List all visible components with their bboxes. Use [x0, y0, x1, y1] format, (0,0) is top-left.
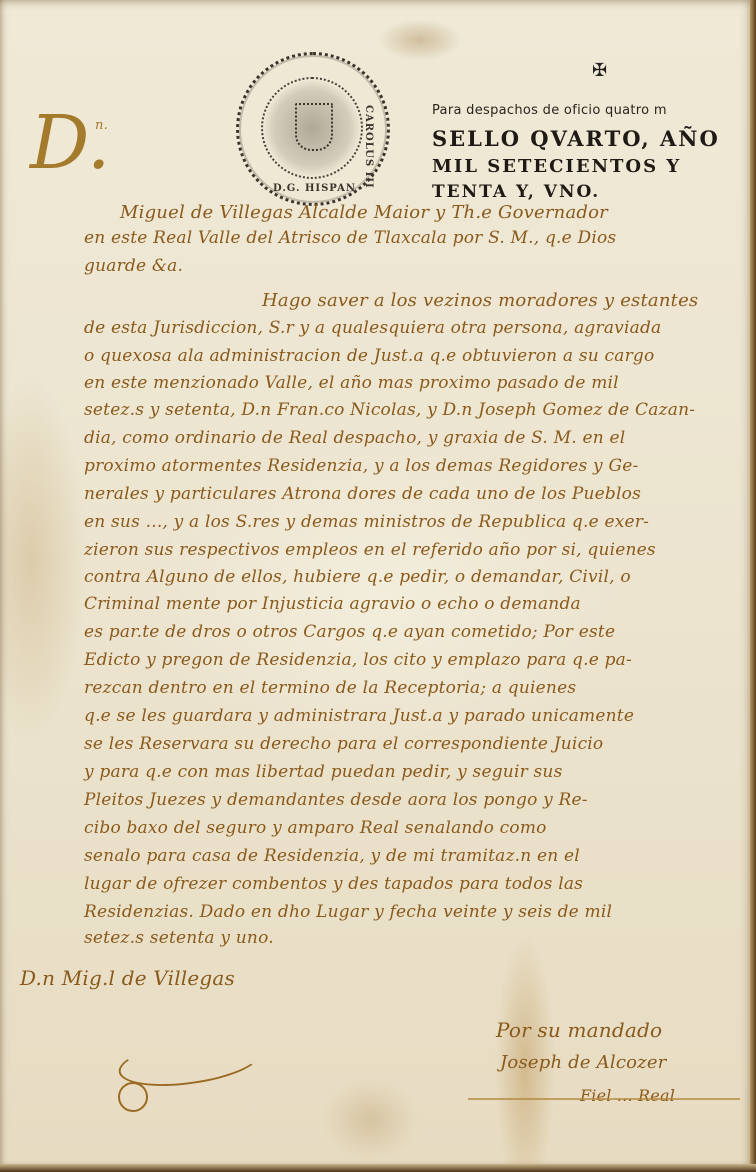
coat-of-arms-icon — [295, 103, 333, 151]
signature-flourish-loop — [118, 1082, 148, 1112]
body-line: nerales y particulares Atrona dores de c… — [84, 484, 641, 504]
body-line: en sus ..., y a los S.res y demas minist… — [84, 512, 649, 532]
royal-seal-stamp: CAROLUS III D.G. HISPAN — [236, 52, 390, 206]
body-line: rezcan dentro en el termino de la Recept… — [84, 678, 576, 698]
signature-left: D.n Mig.l de Villegas — [20, 966, 235, 990]
salutation-superscript: n. — [95, 118, 108, 133]
body-line: Hago saver a los vezinos moradores y est… — [262, 290, 698, 311]
body-line: lugar de ofrezer combentos y des tapados… — [84, 874, 583, 894]
body-line: es par.te de dros o otros Cargos q.e aya… — [84, 622, 615, 642]
signature-right-title: Por su mandado — [496, 1018, 662, 1042]
stamp-title-line: SELLO QVARTO, AÑO — [432, 126, 720, 151]
body-line: cibo baxo del seguro y amparo Real senal… — [84, 818, 547, 838]
signature-underline — [468, 1098, 740, 1100]
stamp-purpose-line: Para despachos de oficio quatro m — [432, 103, 667, 118]
body-line: Criminal mente por Injusticia agravio o … — [84, 594, 581, 614]
body-line: se les Reservara su derecho para el corr… — [84, 734, 603, 754]
body-line: q.e se les guardara y administrara Just.… — [84, 706, 634, 726]
signature-right-role: Fiel ... Real — [580, 1086, 675, 1105]
signature-right-name: Joseph de Alcozer — [500, 1052, 667, 1073]
body-line: proximo atormentes Residenzia, y a los d… — [84, 456, 638, 476]
cross-icon: ✠ — [592, 60, 607, 81]
body-line: contra Alguno de ellos, hubiere q.e pedi… — [84, 567, 631, 587]
seal-legend-right: CAROLUS III — [363, 105, 374, 189]
body-line: y para q.e con mas libertad puedan pedir… — [84, 762, 563, 782]
body-line: Residenzias. Dado en dho Lugar y fecha v… — [84, 902, 612, 922]
salutation-initial: D. — [30, 100, 111, 186]
body-line: en este Real Valle del Atrisco de Tlaxca… — [84, 228, 616, 248]
page-edge-right — [750, 0, 756, 1172]
body-line: dia, como ordinario de Real despacho, y … — [84, 428, 625, 448]
body-line: senalo para casa de Residenzia, y de mi … — [84, 846, 580, 866]
body-line: setez.s setenta y uno. — [84, 928, 274, 948]
seal-legend-bottom: D.G. HISPAN — [273, 183, 356, 194]
body-line: guarde &a. — [84, 256, 183, 276]
stamp-year-line-1: MIL SETECIENTOS Y — [432, 156, 681, 177]
body-line: en este menzionado Valle, el año mas pro… — [84, 373, 619, 393]
body-line: Pleitos Juezes y demandantes desde aora … — [84, 790, 588, 810]
body-line: Edicto y pregon de Residenzia, los cito … — [84, 650, 632, 670]
body-line: setez.s y setenta, D.n Fran.co Nicolas, … — [84, 400, 695, 420]
body-line: o quexosa ala administracion de Just.a q… — [84, 346, 654, 366]
page-edge-bottom — [0, 1164, 756, 1172]
stamp-year-line-2: TENTA Y, VNO. — [432, 182, 600, 202]
body-line: zieron sus respectivos empleos en el ref… — [84, 540, 656, 560]
seal-inner-ring — [261, 77, 363, 179]
body-line: Miguel de Villegas Alcalde Maior y Th.e … — [120, 202, 608, 223]
body-line: de esta Jurisdiccion, S.r y a qualesquie… — [84, 318, 661, 338]
